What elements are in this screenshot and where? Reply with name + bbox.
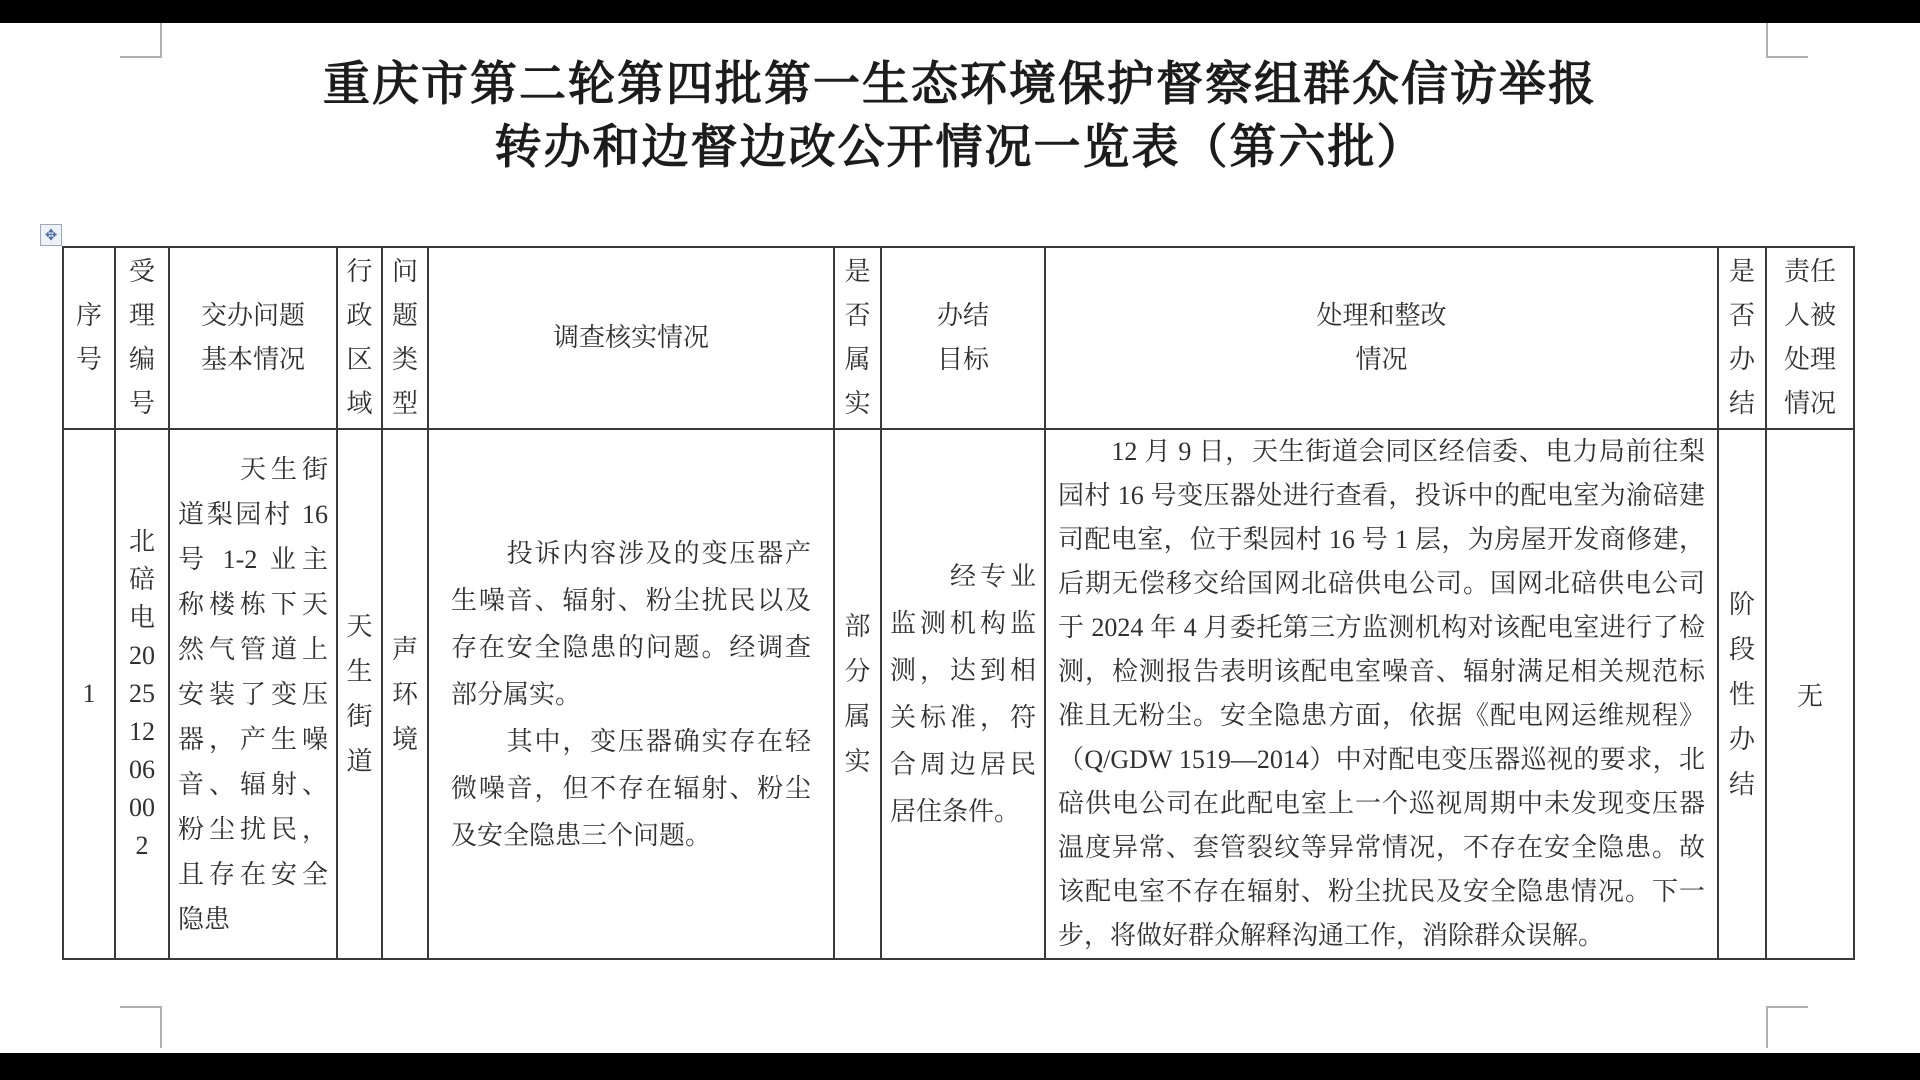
header-assigned-problem: 交办问题 基本情况 [169, 247, 337, 429]
header-serial-number: 序 号 [63, 247, 115, 429]
cell-is-completed: 阶 段 性 办 结 [1718, 429, 1766, 959]
cell-responsible-person: 无 [1766, 429, 1854, 959]
document-title: 重庆市第二轮第四批第一生态环境保护督察组群众信访举报 转办和边督边改公开情况一览… [0, 52, 1920, 178]
table-row: 1 北 碚 电 20 25 12 06 00 2 天生街道梨园村 16 号 1-… [63, 429, 1854, 959]
cell-assigned-problem: 天生街道梨园村 16 号 1-2 业主称楼栋下天然气管道上安装了变压器，产生噪音… [169, 429, 337, 959]
text-boundary-mark-bottom-right [1766, 1006, 1808, 1048]
text-boundary-mark-bottom-left [120, 1006, 162, 1048]
cell-investigation: 投诉内容涉及的变压器产生噪音、辐射、粉尘扰民以及存在安全隐患的问题。经调查部分属… [428, 429, 834, 959]
header-acceptance-number: 受 理 编 号 [115, 247, 169, 429]
header-investigation: 调查核实情况 [428, 247, 834, 429]
cell-is-true: 部 分 属 实 [834, 429, 881, 959]
move-arrows-icon: ✥ [45, 228, 58, 243]
header-is-true: 是 否 属 实 [834, 247, 881, 429]
inspection-report-table: 序 号 受 理 编 号 交办问题 基本情况 行 政 区 域 问 题 类 型 调查… [62, 246, 1855, 960]
header-handling-rectification: 处理和整改 情况 [1045, 247, 1718, 429]
table-move-handle[interactable]: ✥ [40, 224, 62, 246]
header-responsible-person: 责任 人被 处理 情况 [1766, 247, 1854, 429]
cell-completion-target: 经专业监测机构监测，达到相关标准，符合周边居民居住条件。 [881, 429, 1045, 959]
header-problem-type: 问 题 类 型 [382, 247, 428, 429]
cell-admin-region: 天 生 街 道 [337, 429, 382, 959]
table-header-row: 序 号 受 理 编 号 交办问题 基本情况 行 政 区 域 问 题 类 型 调查… [63, 247, 1854, 429]
cell-problem-type: 声 环 境 [382, 429, 428, 959]
letterbox-top-bar [0, 0, 1920, 23]
cell-acceptance-number: 北 碚 电 20 25 12 06 00 2 [115, 429, 169, 959]
header-completion-target: 办结 目标 [881, 247, 1045, 429]
header-admin-region: 行 政 区 域 [337, 247, 382, 429]
cell-serial-number: 1 [63, 429, 115, 959]
cell-handling-rectification: 12 月 9 日，天生街道会同区经信委、电力局前往梨园村 16 号变压器处进行查… [1045, 429, 1718, 959]
word-page: { "page": { "title": "重庆市第二轮第四批第一生态环境保护督… [0, 0, 1920, 1080]
header-is-completed: 是 否 办 结 [1718, 247, 1766, 429]
letterbox-bottom-bar [0, 1053, 1920, 1080]
